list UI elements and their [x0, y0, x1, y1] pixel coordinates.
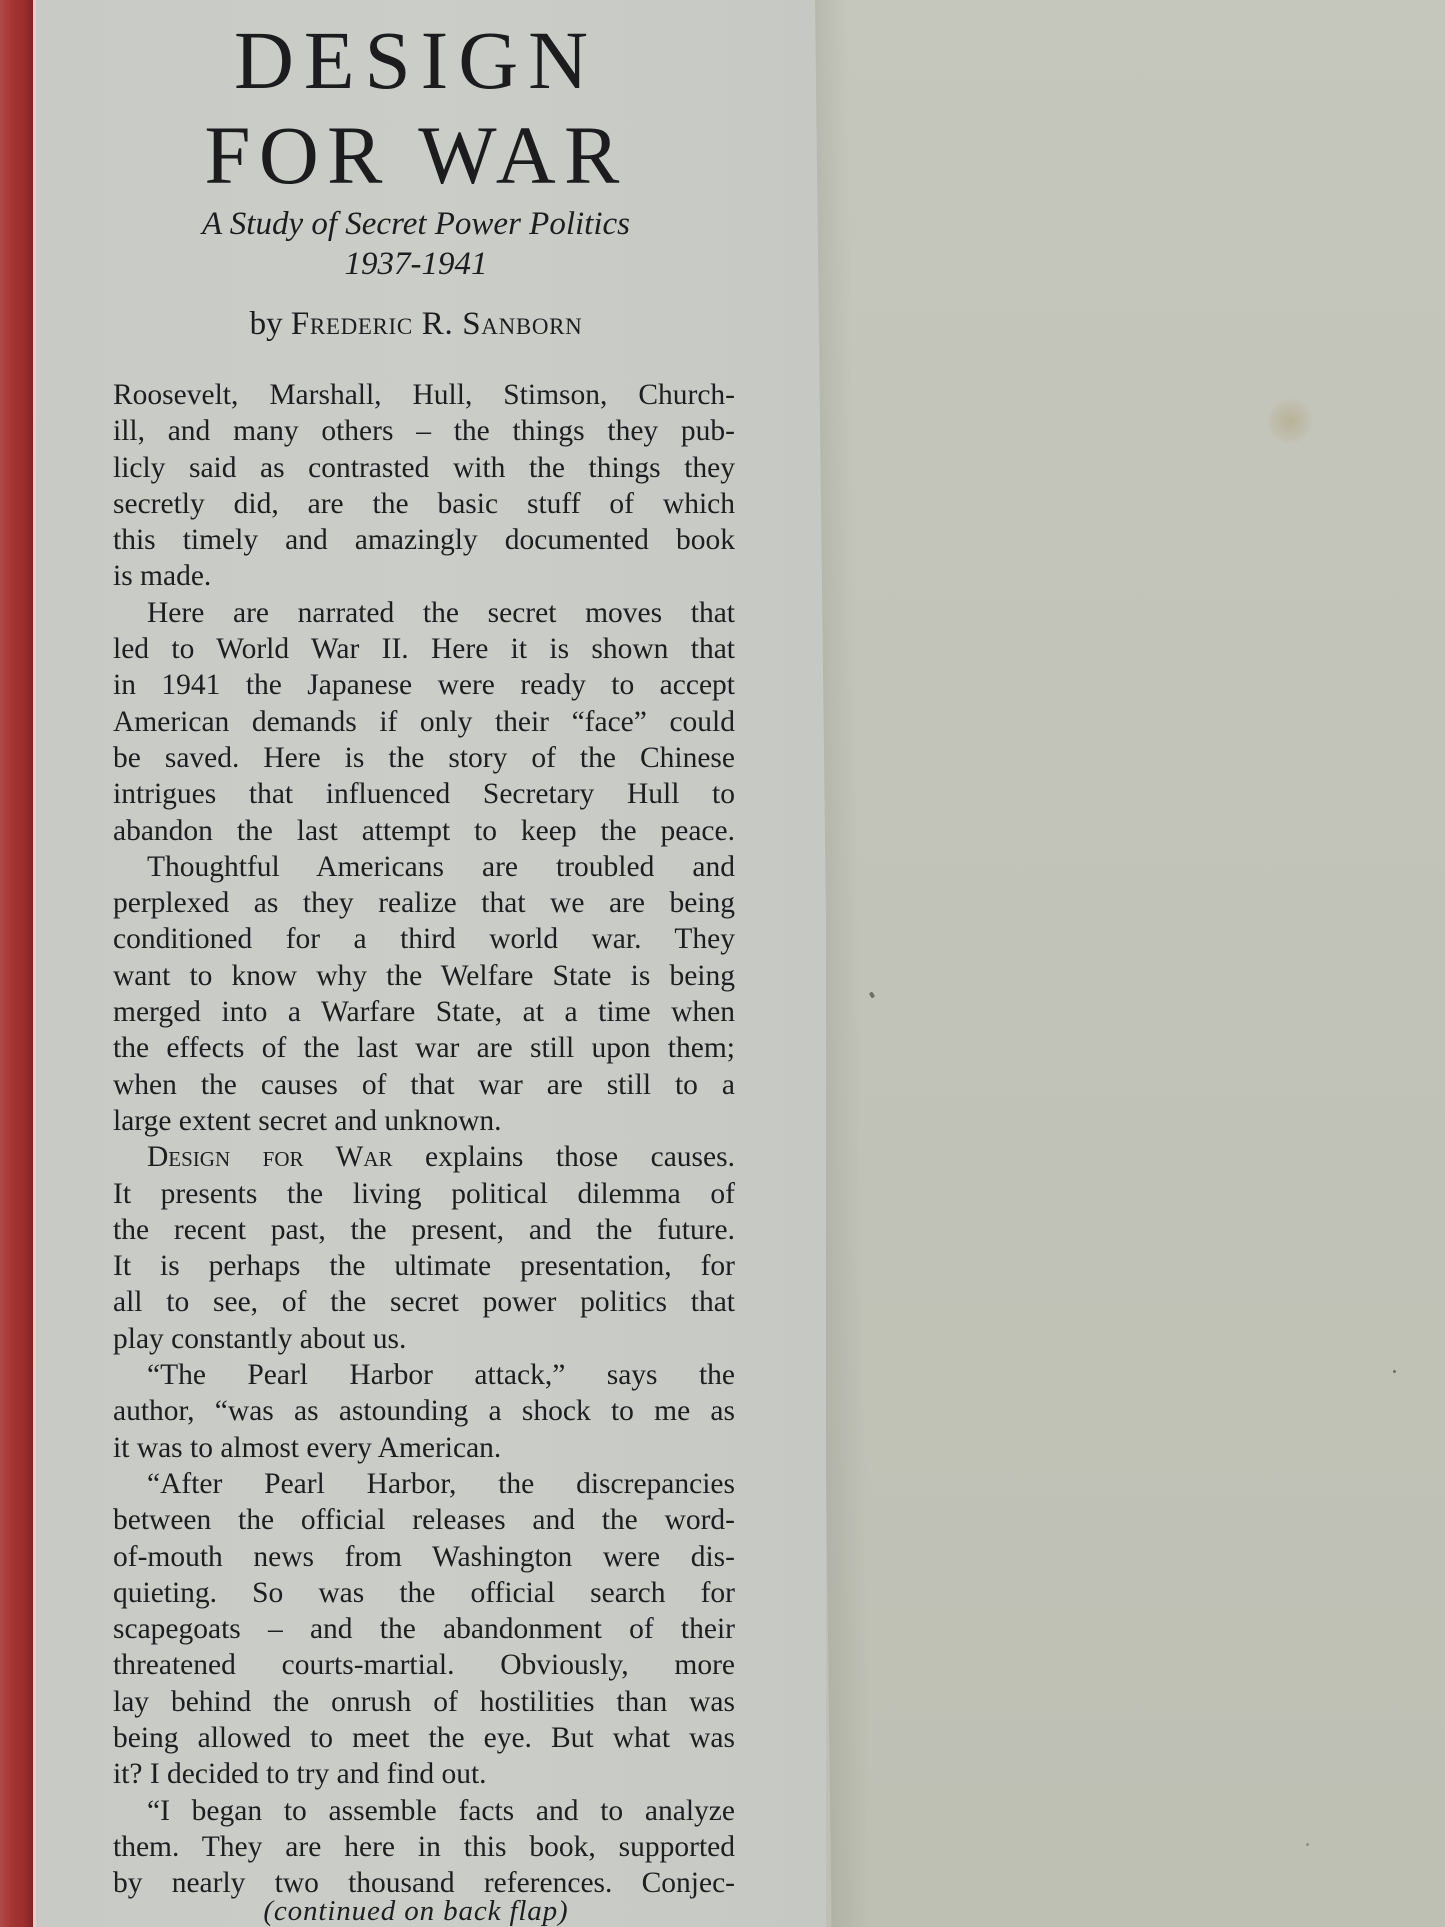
blurb-line: the effects of the last war are still up…: [113, 1030, 735, 1066]
book-title-line-1: DESIGN: [36, 19, 796, 102]
author-byline: by Frederic R. Sanborn: [36, 308, 796, 341]
blurb-line: between the official releases and the wo…: [113, 1502, 735, 1538]
blurb-line: author, “was as astounding a shock to me…: [113, 1393, 735, 1429]
blurb-line: conditioned for a third world war. They: [113, 921, 735, 957]
blurb-line: when the causes of that war are still to…: [113, 1067, 735, 1103]
book-date-range: 1937-1941: [36, 248, 796, 281]
blurb-line: in 1941 the Japanese were ready to accep…: [113, 667, 735, 703]
blurb-line: American demands if only their “face” co…: [113, 704, 735, 740]
blurb-line: of-mouth news from Washington were dis-: [113, 1539, 735, 1575]
blurb-line: led to World War II. Here it is shown th…: [113, 631, 735, 667]
book-title-line-2: FOR WAR: [36, 114, 796, 197]
byline-prefix: by: [250, 306, 283, 342]
blurb-line: “I began to assemble facts and to analyz…: [113, 1793, 735, 1829]
blurb-line: all to see, of the secret power politics…: [113, 1284, 735, 1320]
paper-stain: [1268, 398, 1312, 444]
blurb-line: them. They are here in this book, suppor…: [113, 1829, 735, 1865]
blurb-line: it was to almost every American.: [113, 1430, 735, 1466]
blurb-line: is made.: [113, 558, 735, 594]
blurb-line: merged into a Warfare State, at a time w…: [113, 994, 735, 1030]
author-name: Frederic R. Sanborn: [291, 306, 583, 342]
blurb-line: large extent secret and unknown.: [113, 1103, 735, 1139]
continued-note: (continued on back flap): [36, 1897, 796, 1926]
blurb-line: scapegoats – and the abandonment of thei…: [113, 1611, 735, 1647]
blurb-line: Design for War explains those causes.: [113, 1139, 735, 1175]
book-title-reference: Design for War: [147, 1141, 393, 1173]
blurb-line: lay behind the onrush of hostilities tha…: [113, 1684, 735, 1720]
flap-blurb: Roosevelt, Marshall, Hull, Stimson, Chur…: [113, 377, 735, 1901]
blurb-line: being allowed to meet the eye. But what …: [113, 1720, 735, 1756]
blurb-line: this timely and amazingly documented boo…: [113, 522, 735, 558]
blurb-line: be saved. Here is the story of the Chine…: [113, 740, 735, 776]
cover-edge-highlight: [33, 0, 36, 1927]
blurb-line: Thoughtful Americans are troubled and: [113, 849, 735, 885]
blurb-line: Roosevelt, Marshall, Hull, Stimson, Chur…: [113, 377, 735, 413]
blurb-line: perplexed as they realize that we are be…: [113, 885, 735, 921]
blurb-line: It is perhaps the ultimate presentation,…: [113, 1248, 735, 1284]
blurb-line: licly said as contrasted with the things…: [113, 450, 735, 486]
blurb-line: threatened courts-martial. Obviously, mo…: [113, 1647, 735, 1683]
blurb-line: intrigues that influenced Secretary Hull…: [113, 776, 735, 812]
book-subtitle: A Study of Secret Power Politics: [36, 208, 796, 241]
blurb-line-text: explains those causes.: [393, 1141, 735, 1173]
blurb-line: play constantly about us.: [113, 1321, 735, 1357]
blurb-line: secretly did, are the basic stuff of whi…: [113, 486, 735, 522]
red-cover-edge: [0, 0, 33, 1927]
blurb-line: ill, and many others – the things they p…: [113, 413, 735, 449]
blurb-line: it? I decided to try and find out.: [113, 1756, 735, 1792]
blurb-line: “The Pearl Harbor attack,” says the: [113, 1357, 735, 1393]
blurb-line: the recent past, the present, and the fu…: [113, 1212, 735, 1248]
blurb-line: abandon the last attempt to keep the pea…: [113, 813, 735, 849]
blurb-line: want to know why the Welfare State is be…: [113, 958, 735, 994]
blurb-line: quieting. So was the official search for: [113, 1575, 735, 1611]
blurb-line: It presents the living political dilemma…: [113, 1176, 735, 1212]
blurb-line: “After Pearl Harbor, the discrepancies: [113, 1466, 735, 1502]
blurb-line: Here are narrated the secret moves that: [113, 595, 735, 631]
